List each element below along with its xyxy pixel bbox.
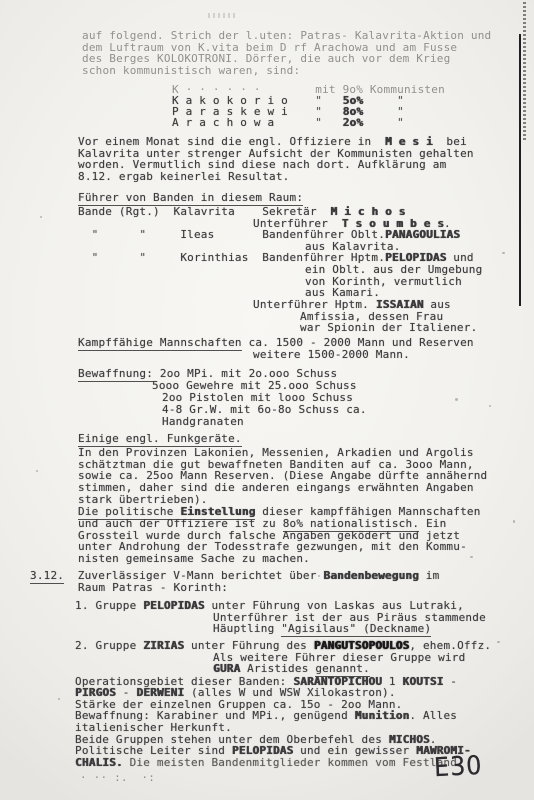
document-page: auf folgend. Strich der l.uten: Patras- … [0, 0, 534, 800]
scan-speck [318, 575, 320, 577]
scan-speck [513, 520, 515, 523]
village-row-arachowa: A r a c h o w a " 2o% " [172, 117, 404, 129]
heading-radios: Einige engl. Funkgeräte. [78, 433, 242, 445]
group-1-line-3: Häuptling "Agisilaus" (Deckname) [213, 623, 431, 635]
scan-speck [489, 405, 491, 407]
scan-speck [455, 398, 458, 401]
band-row-ileas: " " Ileas Bandenführer Oblt.PANAGOULIAS [78, 229, 460, 241]
band-row-issaian-3: war Spionin der Italiener. [300, 322, 477, 334]
report-312-heading-2: Raum Patras - Korinth: [78, 582, 228, 594]
scan-speck [470, 556, 473, 558]
strength-line-2: weitere 1500-2000 Mann. [253, 349, 410, 361]
scan-speck [40, 216, 42, 218]
handwritten-mark: E30 [433, 751, 483, 783]
scan-speck [497, 641, 500, 643]
command-line-3: CHALIS. Die meisten Bandenmitglieder kom… [75, 757, 464, 769]
bottom-smudge-marks: · ·· :. ·: [80, 772, 155, 784]
scan-speck [58, 698, 60, 700]
officers-para-4: 8.12. ergab keinerlei Resultat. [78, 171, 290, 183]
intro-line-4: schon kommunistisch waren, sind: [82, 65, 300, 77]
armament-line-5: Handgranaten [162, 416, 244, 428]
scan-speck [36, 470, 38, 472]
provinces-para-10: nisten gemeinsame Sache zu machen. [78, 553, 310, 565]
faded-page-number-mark [208, 13, 236, 18]
heading-leaders: Führer von Banden in diesem Raum: [78, 192, 303, 204]
scan-speck [502, 252, 505, 254]
group-2-line-3: GURA Aristides genannt. [213, 663, 370, 675]
scan-edge-microtext-artifact [523, 2, 526, 142]
scan-edge-line-artifact [519, 34, 521, 306]
